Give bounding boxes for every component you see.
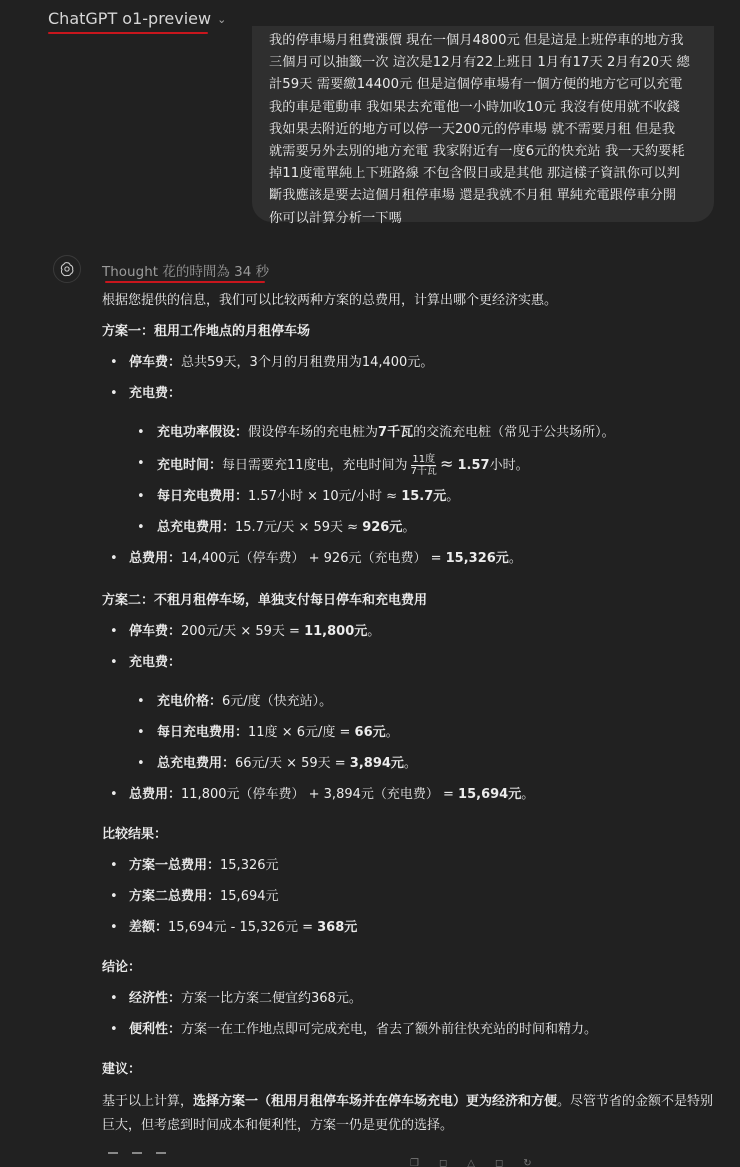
plan1-heading: 方案一：租用工作地点的月租停车场 (102, 321, 722, 343)
plan2-heading: 方案二：不租月租停车场，单独支付每日停车和充电费用 (102, 590, 722, 612)
list-item: 停车费：200元/天 × 59天 = 11,800元。 (102, 621, 722, 643)
user-message-line: 你可以計算分析一下嗎 (269, 208, 698, 230)
list-item: 总充电费用：15.7元/天 × 59天 ≈ 926元。 (102, 517, 722, 539)
list-item: 每日充电费用：11度 × 6元/度 = 66元。 (102, 722, 722, 744)
list-item: 总费用：11,800元（停车费） + 3,894元（充电费） = 15,694元… (102, 784, 722, 806)
openai-logo-icon (53, 255, 81, 283)
faded-icon (108, 1152, 118, 1154)
speaker-icon[interactable]: ◻ (439, 1158, 447, 1167)
assistant-response: 根据您提供的信息，我们可以比较两种方案的总费用，计算出哪个更经济实惠。 方案一：… (102, 290, 722, 1138)
fraction: 11度7千瓦 (411, 454, 437, 477)
comparison-heading: 比较结果： (102, 824, 722, 846)
copy-icon[interactable]: ❐ (410, 1158, 419, 1167)
list-item: 经济性：方案一比方案二便宜约368元。 (102, 988, 722, 1010)
faded-icon (156, 1152, 166, 1154)
list-item: 停车费：总共59天，3个月的月租费用为14,400元。 (102, 352, 722, 374)
list-item: 充电功率假设：假设停车场的充电桩为7千瓦的交流充电桩（常见于公共场所）。 (102, 422, 722, 444)
list-item: 充电费： (102, 383, 722, 405)
conclusion-heading: 结论： (102, 957, 722, 979)
list-item: 差额：15,694元 - 15,326元 = 368元 (102, 917, 722, 939)
model-selector[interactable]: ChatGPT o1-preview ⌄ (48, 6, 226, 30)
red-underline-annotation (105, 281, 265, 283)
user-message-line: 我的停車場月租費漲價 現在一個月4800元 但是這是上班停車的地方我 (269, 30, 698, 52)
user-message-bubble: 我的停車場月租費漲價 現在一個月4800元 但是這是上班停車的地方我 三個月可以… (252, 26, 714, 222)
faded-icon (132, 1152, 142, 1154)
thought-duration-toggle[interactable]: Thought 花的時間為 34 秒 (102, 260, 269, 280)
user-message-line: 三個月可以抽籤一次 這次是12月有22上班日 1月有17天 2月有20天 總 (269, 52, 698, 74)
list-item: 充电价格：6元/度（快充站）。 (102, 691, 722, 713)
list-item: 方案一总费用：15,326元 (102, 855, 722, 877)
thumbs-up-icon[interactable]: △ (467, 1158, 475, 1167)
list-item: 充电时间：每日需要充11度电，充电时间为11度7千瓦≈ 1.57小时。 (102, 453, 722, 477)
model-name: ChatGPT o1-preview (48, 9, 211, 28)
thumbs-down-icon[interactable]: ◻ (495, 1158, 503, 1167)
response-footer-faded (108, 1152, 166, 1154)
user-message-line: 斷我應該是要去這個月租停車場 還是我就不月租 單純充電跟停車分開 (269, 185, 698, 207)
user-message-line: 計59天 需要繳14400元 但是這個停車場有一個方便的地方它可以充電 (269, 74, 698, 96)
user-message-line: 我的車是電動車 我如果去充電他一小時加收10元 我沒有使用就不收錢 (269, 97, 698, 119)
suggestion-heading: 建议： (102, 1059, 722, 1081)
user-message-line: 就需要另外去別的地方充電 我家附近有一度6元的快充站 我一天約要耗 (269, 141, 698, 163)
red-underline-annotation (48, 32, 208, 34)
list-item: 充电费： (102, 652, 722, 674)
list-item: 每日充电费用：1.57小时 × 10元/小时 ≈ 15.7元。 (102, 486, 722, 508)
list-item: 总费用：14,400元（停车费） + 926元（充电费） = 15,326元。 (102, 548, 722, 570)
list-item: 方案二总费用：15,694元 (102, 886, 722, 908)
intro-text: 根据您提供的信息，我们可以比较两种方案的总费用，计算出哪个更经济实惠。 (102, 290, 722, 312)
message-actions: ❐ ◻ △ ◻ ↻ (410, 1158, 532, 1167)
list-item: 总充电费用：66元/天 × 59天 = 3,894元。 (102, 753, 722, 775)
user-message-line: 我如果去附近的地方可以停一天200元的停車場 就不需要月租 但是我 (269, 119, 698, 141)
list-item: 便利性：方案一在工作地点即可完成充电，省去了额外前往快充站的时间和精力。 (102, 1019, 722, 1041)
chevron-down-icon: ⌄ (217, 13, 226, 26)
user-message-line: 掉11度電單純上下班路線 不包含假日或是其他 那這樣子資訊你可以判 (269, 163, 698, 185)
suggestion-text: 基于以上计算，选择方案一（租用月租停车场并在停车场充电）更为经济和方便。尽管节省… (102, 1090, 722, 1138)
regenerate-icon[interactable]: ↻ (523, 1158, 531, 1167)
